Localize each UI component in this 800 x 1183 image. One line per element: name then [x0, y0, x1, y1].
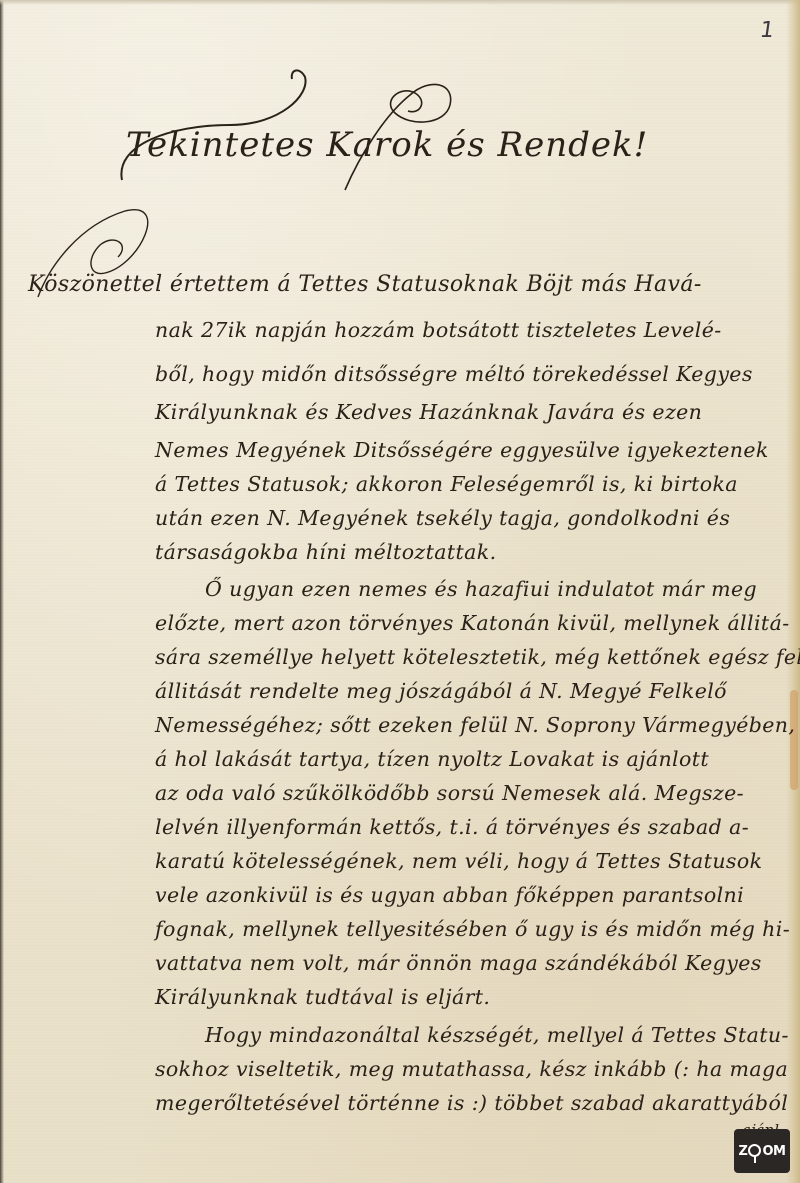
text-line: Nemességéhez; sőtt ezeken felül N. Sopro…: [155, 713, 795, 737]
text-line: lelvén illyenformán kettős, t.i. á törvé…: [155, 815, 749, 839]
text-line: sára személlye helyett kötelesztetik, mé…: [155, 645, 800, 669]
text-line: megerőltetésével történne is :) többet s…: [155, 1091, 788, 1115]
folio-number: 1: [758, 18, 776, 43]
manuscript-page: 1 Tekintetes Karok és Rendek! Köszönette…: [0, 0, 800, 1183]
text-line: á Tettes Statusok; akkoron Feleségemről …: [155, 472, 738, 496]
zoom-label-z: Z: [739, 1144, 748, 1159]
page-top-edge: [0, 0, 800, 5]
salutation-heading: Tekintetes Karok és Rendek!: [126, 125, 648, 165]
text-line: vattatva nem volt, már önnön maga szándé…: [155, 951, 762, 975]
text-line: nak 27ik napján hozzám botsátott tisztel…: [155, 318, 722, 342]
text-line: fognak, mellynek tellyesitésében ő ugy i…: [155, 917, 790, 941]
magnifier-icon: [748, 1144, 761, 1157]
text-line: előzte, mert azon törvényes Katonán kivü…: [155, 611, 790, 635]
text-line: sokhoz viseltetik, meg mutathassa, kész …: [155, 1057, 788, 1081]
text-line: Köszönettel értettem á Tettes Statusokna…: [28, 272, 702, 297]
text-line: Hogy mindazonáltal készségét, mellyel á …: [205, 1023, 789, 1047]
text-line: ből, hogy midőn ditsősségre méltó töreke…: [155, 362, 753, 386]
page-right-edge: [786, 0, 800, 1183]
text-line: Királyunknak tudtával is eljárt.: [155, 985, 490, 1009]
text-line: á hol lakását tartya, tízen nyoltz Lovak…: [155, 747, 709, 771]
paper-stain: [790, 690, 798, 790]
text-line: állitását rendelte meg jószágából á N. M…: [155, 679, 727, 703]
text-line: társaságokba híni méltoztattak.: [155, 540, 497, 564]
zoom-label-m: M: [773, 1144, 785, 1159]
text-line: Ő ugyan ezen nemes és hazafiui indulatot…: [205, 577, 757, 601]
text-line: az oda való szűkölködőbb sorsú Nemesek a…: [155, 781, 744, 805]
text-line: karatú kötelességének, nem véli, hogy á …: [155, 849, 762, 873]
text-line: Királyunknak és Kedves Hazánknak Javára …: [155, 400, 702, 424]
text-line: vele azonkivül is és ugyan abban főképpe…: [155, 883, 744, 907]
zoom-label-o: O: [762, 1144, 773, 1159]
text-line: után ezen N. Megyének tsekély tagja, gon…: [155, 506, 730, 530]
zoom-button[interactable]: Z O M: [734, 1129, 790, 1173]
text-line: Nemes Megyének Ditsősségére eggyesülve i…: [155, 438, 769, 462]
